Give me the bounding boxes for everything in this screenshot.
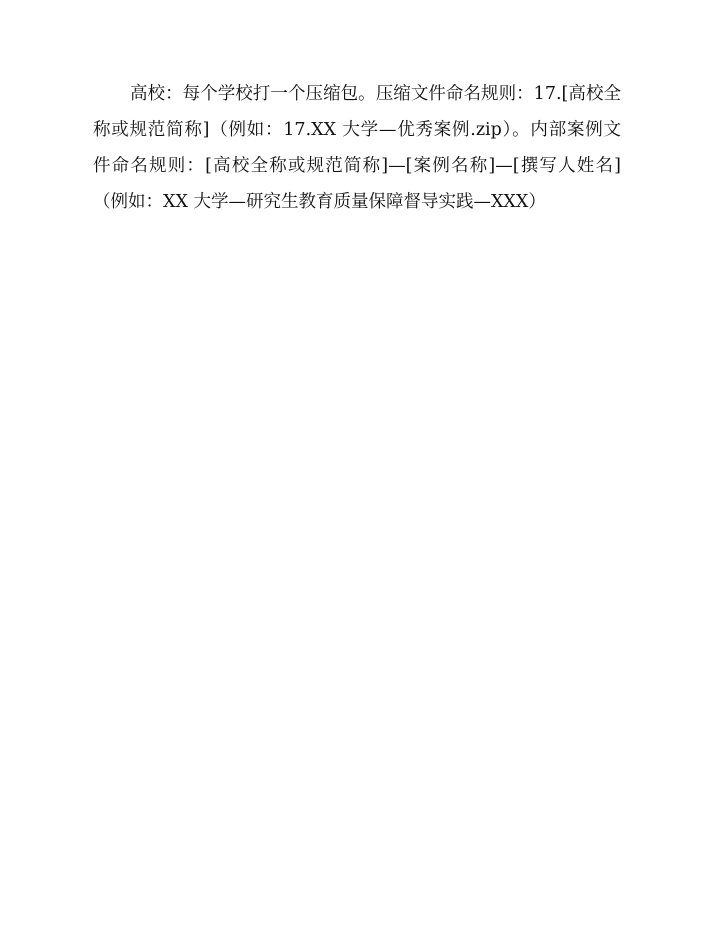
paragraph-line-3: 件命名规则：[高校全称或规范简称]—[案例名称]—[撰写人姓名]: [93, 148, 621, 184]
paragraph-line-2: 称或规范简称]（例如：17.XX 大学—优秀案例.zip）。内部案例文: [93, 112, 621, 148]
paragraph-line-4: （例如：XX 大学—研究生教育质量保障督导实践—XXX）: [93, 184, 621, 220]
paragraph-line-1: 高校：每个学校打一个压缩包。压缩文件命名规则：17.[高校全: [93, 76, 621, 112]
naming-rules-paragraph: 高校：每个学校打一个压缩包。压缩文件命名规则：17.[高校全 称或规范简称]（例…: [93, 76, 621, 220]
document-page: 高校：每个学校打一个压缩包。压缩文件命名规则：17.[高校全 称或规范简称]（例…: [0, 0, 715, 927]
